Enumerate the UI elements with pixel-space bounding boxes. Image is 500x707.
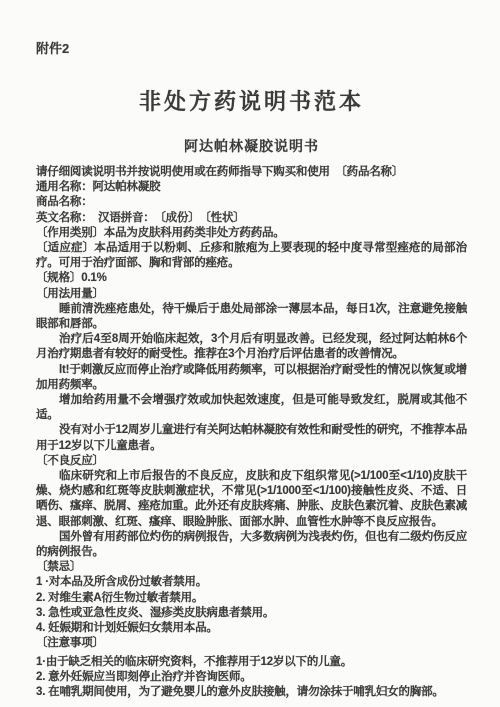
dosage-para-2: 治疗后4至8周开始临床起效，3个月后有明显改善。已经发现，经过阿达帕林6个月治疗… bbox=[36, 332, 467, 362]
english-name-pinyin-field: 英文名称： 汉语拼音： 〔成份〕 〔性状〕 bbox=[36, 211, 467, 226]
trade-name-field: 商品名称： bbox=[36, 195, 467, 210]
document-page: 附件2 非处方药说明书范本 阿达帕林凝胶说明书 请仔细阅读说明书并按说明使用或在… bbox=[0, 0, 500, 707]
contraindications-heading: 〔禁忌〕 bbox=[36, 560, 467, 575]
specification: 〔规格〕0.1% bbox=[36, 271, 467, 286]
dosage-para-3: lt!于刺激反应而停止治疗或降低用药频率，可以根据治疗耐受性的情况以恢复或增加用… bbox=[36, 363, 467, 393]
adverse-reactions-heading: 〔不良反应〕 bbox=[36, 454, 467, 469]
dosage-para-1: 睡前清洗痤疮患处，待干燥后于患处局部涂一薄层本品，每日1次，注意避免接触眼部和唇… bbox=[36, 302, 467, 332]
contraindication-item-1: 1 ·对本品及所含成份过敏者禁用。 bbox=[36, 575, 467, 590]
generic-name-field: 通用名称：阿达帕林凝胶 bbox=[36, 180, 467, 195]
dosage-heading: 〔用法用量〕 bbox=[36, 287, 467, 302]
action-category: 〔作用类别〕本品为皮肤科用药类非处方药药品。 bbox=[36, 226, 467, 241]
document-body: 请仔细阅读说明书并按说明使用或在药师指导下购买和使用 〔药品名称〕通用名称：阿达… bbox=[36, 165, 467, 700]
contraindication-item-4: 4. 妊娠期和计划妊娠妇女禁用本品。 bbox=[36, 621, 467, 636]
adverse-reactions-para-1: 临床研究和上市后报告的不良反应，皮肤和皮下组织常见(>1/100至<1/10)皮… bbox=[36, 469, 467, 530]
notice-line: 请仔细阅读说明书并按说明使用或在药师指导下购买和使用 〔药品名称〕 bbox=[36, 165, 467, 180]
dosage-para-5: 没有对小于12周岁儿童进行有关阿达帕林凝胶有效性和耐受性的研究，不推荐本品用于1… bbox=[36, 423, 467, 453]
indications: 〔适应症〕本品适用于以粉刺、丘疹和脓疱为上要表现的轻中度寻常型痤疮的局部治疗。可… bbox=[36, 241, 467, 271]
precaution-item-2: 2. 意外妊娠应当即刻停止治疗并咨询医师。 bbox=[36, 670, 467, 685]
adverse-reactions-para-2: 国外曾有用药部位灼伤的病例报告，大多数病例为浅表灼伤，但也有二级灼伤反应的病例报… bbox=[36, 530, 467, 560]
page-title: 非处方药说明书范本 bbox=[36, 85, 467, 116]
precaution-item-3: 3. 在哺乳期间使用，为了避免婴儿的意外皮肤接触，请勿涂抹于哺乳妇女的胸部。 bbox=[36, 685, 467, 700]
contraindication-item-2: 2. 对维生素A衍生物过敏者禁用。 bbox=[36, 591, 467, 606]
page-subtitle: 阿达帕林凝胶说明书 bbox=[36, 136, 467, 156]
attachment-label: 附件2 bbox=[36, 38, 467, 57]
precaution-item-1: 1·由于缺乏相关的临床研究资料，不推荐用于12岁以下的儿童。 bbox=[36, 655, 467, 670]
dosage-para-4: 增加给药用量不会增强疗效或加快起效速度，但是可能导致发红，脱屑或其他不适。 bbox=[36, 393, 467, 423]
precautions-heading: 〔注意事项〕 bbox=[36, 636, 467, 651]
contraindication-item-3: 3. 急性或亚急性皮炎、湿疹类皮肤病患者禁用。 bbox=[36, 606, 467, 621]
